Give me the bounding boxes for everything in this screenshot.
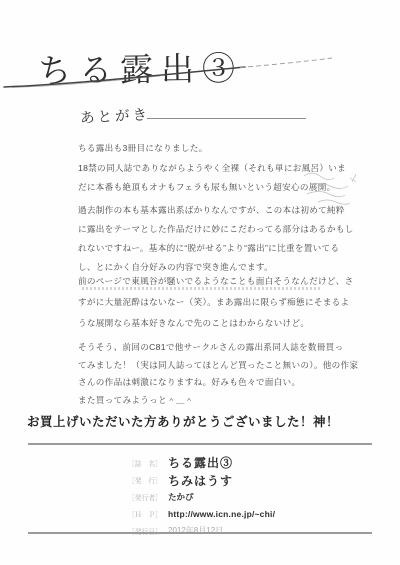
colophon-label: ［誌 名］: [128, 458, 162, 468]
paragraph-line: そうそう、前回のC81で他サークルさんの露出系同人誌を数冊買っ: [78, 339, 358, 357]
section-heading: あとがき: [79, 103, 150, 128]
colophon-row-author: ［発行者］ たかぴ: [128, 491, 275, 503]
paragraph-line: また買ってみようっと＾＿＾: [78, 392, 358, 410]
colophon-row-homepage: ［Ｈ Ｐ］ http://www.icn.ne.jp/~chi/: [128, 509, 275, 519]
colophon-row-date: ［発行日］ 2012年8月12日: [128, 525, 275, 536]
colophon-label: ［発 行］: [128, 475, 162, 485]
colophon-label: ［発行日］: [128, 526, 162, 536]
paragraph-line: れないですねー。基本的に“脱がせる”より“露出”に比重を置いてる: [78, 239, 354, 258]
colophon-label: ［Ｈ Ｐ］: [128, 509, 162, 519]
paragraph-line: ちる露出も3冊目になりました。: [78, 139, 346, 159]
thanks-line: お買上げいただいた方ありがとうございました！神！: [0, 412, 366, 430]
paragraph-line: さんの作品は刺激になりますね。好みも色々で面白い。: [78, 374, 358, 392]
colophon-value: ちみはうす: [168, 472, 233, 489]
paragraph: そうそう、前回のC81で他サークルさんの露出系同人誌を数冊買っ てみました！（実…: [78, 339, 358, 409]
tiny-handwritten-note: [82, 287, 322, 290]
paragraph-line: に露出をテーマとした作品だけに妙にこだわってる部分はあるかもし: [78, 220, 354, 239]
paragraph-line: すがに大量泥酔はないなー（笑）。まあ露出に限らず痴態にそまるよ: [78, 292, 354, 313]
colophon-row-title: ［誌 名］ ちる露出③: [128, 455, 275, 470]
heading-rule: [147, 118, 306, 119]
title-underline-stroke: [0, 50, 340, 95]
colophon-value: ちる露出③: [168, 454, 233, 471]
colophon-value: 2012年8月12日: [168, 525, 223, 536]
colophon-bottom-rule: [28, 532, 372, 534]
colophon-top-rule: [28, 443, 372, 445]
colophon-label: ［発行者］: [128, 492, 162, 502]
paragraph-line: うな展開なら基本好きなんで先のことはわからないけど。: [78, 313, 354, 334]
paragraph-line: てみました！（実は同人誌ってほとんど買ったこと無いの）。他の作家: [78, 357, 358, 375]
colophon-value: たかぴ: [168, 491, 194, 503]
colophon-row-circle: ［発 行］ ちみはうす: [128, 473, 275, 487]
paragraph-line: 過去制作の本も基本露出系ばかりなんですが、この本は初めて純粋: [78, 201, 354, 220]
colophon-value: http://www.icn.ne.jp/~chi/: [168, 509, 275, 519]
colophon: ［誌 名］ ちる露出③ ［発 行］ ちみはうす ［発行者］ たかぴ ［Ｈ Ｐ］ …: [128, 455, 275, 536]
afterword-page: ちる露出③ あとがき ちる露出も3冊目になりました。 18禁の同人誌でありながら…: [0, 0, 400, 565]
paragraph: 前のページで東風谷が騒いでるようなことも面白そうなんだけど、さ すがに大量泥酔は…: [78, 271, 354, 334]
paragraph: 過去制作の本も基本露出系ばかりなんですが、この本は初めて純粋 に露出をテーマとし…: [78, 201, 354, 277]
